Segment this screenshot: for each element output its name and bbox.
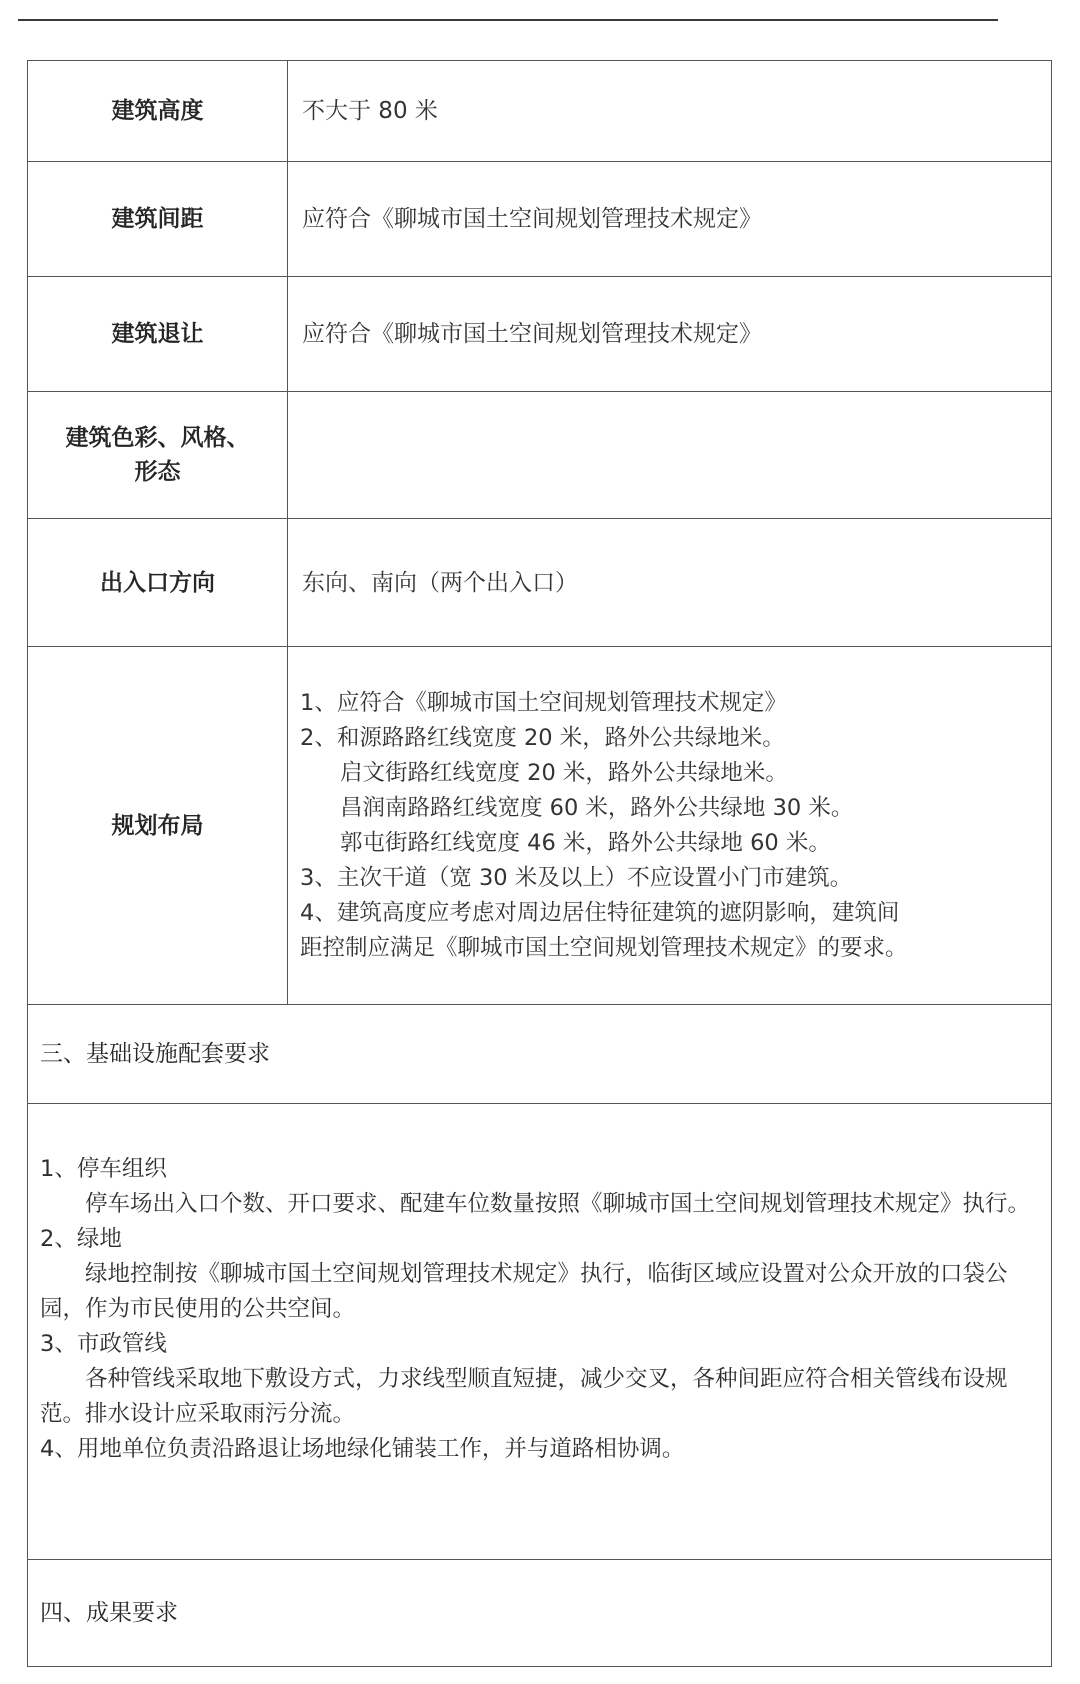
label-line-1: 建筑色彩、风格、 [66,421,250,455]
value-building-style [288,392,1051,518]
layout-item: 郭屯街路红线宽度 46 米，路外公共绿地 60 米。 [300,826,831,861]
row-section4-heading: 四、成果要求 [28,1559,1051,1667]
item-title: 4、用地单位负责沿路退让场地绿化铺装工作，并与道路相协调。 [40,1432,1039,1467]
label-building-height: 建筑高度 [28,61,288,161]
layout-item: 1、应符合《聊城市国土空间规划管理技术规定》 [300,686,787,721]
planning-conditions-table: 建筑高度 不大于 80 米 建筑间距 应符合《聊城市国土空间规划管理技术规定》 … [27,60,1052,1667]
row-building-height: 建筑高度 不大于 80 米 [28,60,1051,161]
label-planning-layout: 规划布局 [28,647,288,1004]
item-title: 2、绿地 [40,1222,1039,1257]
section3-heading: 三、基础设施配套要求 [28,1005,1051,1103]
row-section3-content: 1、停车组织 停车场出入口个数、开口要求、配建车位数量按照《聊城市国土空间规划管… [28,1103,1051,1559]
row-building-spacing: 建筑间距 应符合《聊城市国土空间规划管理技术规定》 [28,161,1051,276]
layout-item: 昌润南路路红线宽度 60 米，路外公共绿地 30 米。 [300,791,853,826]
value-entrance-direction: 东向、南向（两个出入口） [288,519,1051,646]
section4-heading: 四、成果要求 [28,1560,1051,1666]
layout-item: 2、和源路路红线宽度 20 米，路外公共绿地米。 [300,721,785,756]
layout-item: 启文街路红线宽度 20 米，路外公共绿地米。 [300,756,788,791]
item-title: 1、停车组织 [40,1152,1039,1187]
layout-item: 3、主次干道（宽 30 米及以上）不应设置小门市建筑。 [300,861,852,896]
layout-item: 距控制应满足《聊城市国土空间规划管理技术规定》的要求。 [300,931,908,966]
value-building-setback: 应符合《聊城市国土空间规划管理技术规定》 [288,277,1051,391]
layout-item: 4、建筑高度应考虑对周边居住特征建筑的遮阴影响，建筑间 [300,896,899,931]
value-building-spacing: 应符合《聊城市国土空间规划管理技术规定》 [288,162,1051,276]
label-line-2: 形态 [135,455,181,489]
row-section3-heading: 三、基础设施配套要求 [28,1004,1051,1103]
label-entrance-direction: 出入口方向 [28,519,288,646]
label-building-spacing: 建筑间距 [28,162,288,276]
header-rule [18,19,998,21]
row-entrance-direction: 出入口方向 东向、南向（两个出入口） [28,518,1051,646]
item-body: 各种管线采取地下敷设方式，力求线型顺直短捷，减少交叉，各种间距应符合相关管线布设… [40,1362,1039,1432]
value-building-height: 不大于 80 米 [288,61,1051,161]
row-building-style: 建筑色彩、风格、 形态 [28,391,1051,518]
item-title: 3、市政管线 [40,1327,1039,1362]
planning-layout-list: 1、应符合《聊城市国土空间规划管理技术规定》 2、和源路路红线宽度 20 米，路… [288,647,1051,1004]
item-body: 绿地控制按《聊城市国土空间规划管理技术规定》执行，临街区域应设置对公众开放的口袋… [40,1257,1039,1327]
item-body: 停车场出入口个数、开口要求、配建车位数量按照《聊城市国土空间规划管理技术规定》执… [40,1187,1039,1222]
row-building-setback: 建筑退让 应符合《聊城市国土空间规划管理技术规定》 [28,276,1051,391]
row-planning-layout: 规划布局 1、应符合《聊城市国土空间规划管理技术规定》 2、和源路路红线宽度 2… [28,646,1051,1004]
label-building-style: 建筑色彩、风格、 形态 [28,392,288,518]
section3-content: 1、停车组织 停车场出入口个数、开口要求、配建车位数量按照《聊城市国土空间规划管… [28,1104,1051,1559]
label-building-setback: 建筑退让 [28,277,288,391]
